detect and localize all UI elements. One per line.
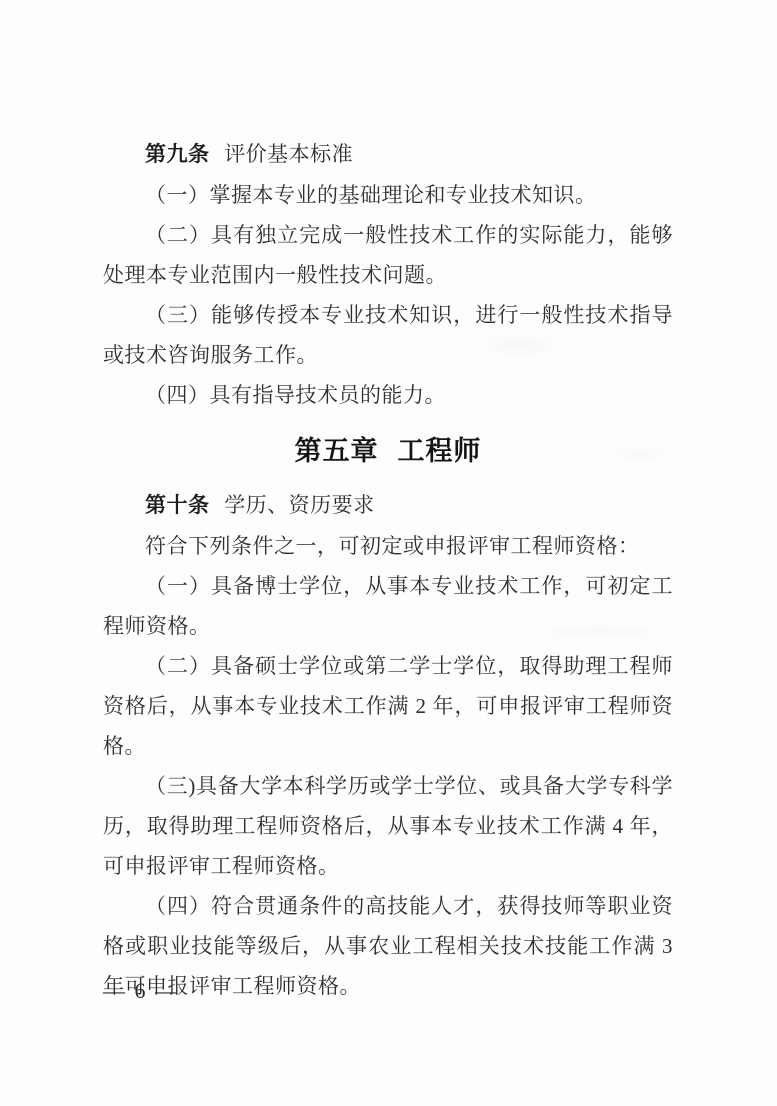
article-9-label: 第九条: [145, 143, 210, 166]
article-9-item-4: （四）具有指导技术员的能力。: [103, 375, 673, 415]
article-9-item-3: （三）能够传授本专业技术知识，进行一般性技术指导或技术咨询服务工作。: [103, 295, 673, 375]
article-9-title: 评价基本标准: [224, 142, 353, 166]
article-10-item-2: （二）具备硕士学位或第二学士学位，取得助理工程师资格后，从事本专业技术工作满 2…: [103, 646, 673, 766]
document-body: 第九条评价基本标准 （一）掌握本专业的基础理论和专业技术知识。 （二）具有独立完…: [103, 134, 673, 1006]
chapter-5-title: 工程师: [397, 436, 481, 466]
article-10-item-3: （三)具备大学本科学历或学士学位、或具备大学专科学历，取得助理工程师资格后，从事…: [103, 766, 673, 886]
document-page: 第九条评价基本标准 （一）掌握本专业的基础理论和专业技术知识。 （二）具有独立完…: [0, 0, 777, 1106]
article-10-heading: 第十条学历、资历要求: [103, 485, 673, 526]
chapter-5-label: 第五章: [295, 436, 379, 466]
article-10-item-1: （一）具备博士学位，从事本专业技术工作，可初定工程师资格。: [103, 566, 673, 646]
page-number: — 6 —: [103, 976, 179, 1006]
article-10-title: 学历、资历要求: [224, 493, 375, 517]
article-9-heading: 第九条评价基本标准: [103, 134, 673, 175]
article-10-intro: 符合下列条件之一，可初定或申报评审工程师资格：: [103, 526, 673, 566]
chapter-5-heading: 第五章工程师: [103, 429, 673, 473]
article-10-item-4: （四）符合贯通条件的高技能人才，获得技师等职业资格或职业技能等级后，从事农业工程…: [103, 886, 673, 1006]
article-9-item-2: （二）具有独立完成一般性技术工作的实际能力，能够处理本专业范围内一般性技术问题。: [103, 215, 673, 295]
article-10-label: 第十条: [145, 494, 210, 517]
article-9-item-1: （一）掌握本专业的基础理论和专业技术知识。: [103, 175, 673, 215]
